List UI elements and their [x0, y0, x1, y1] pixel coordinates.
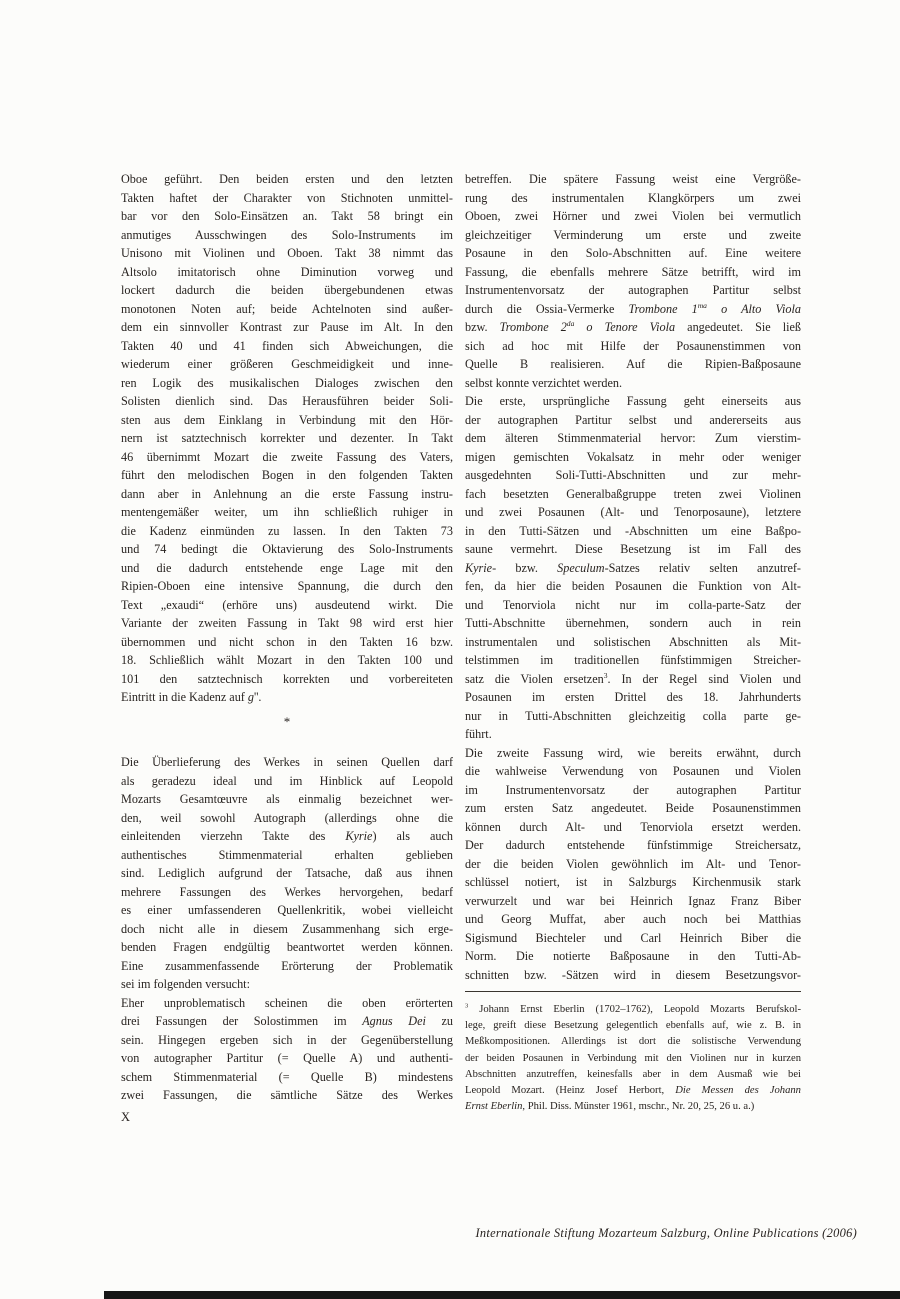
text-line: Text „exaudi“ (erhöre uns) ausdeutend wi… [121, 596, 453, 615]
text-line: Fassung, die ebenfalls mehrere Sätze bet… [465, 263, 801, 282]
text-line: wiederum einer größeren Geschmeidigkeit … [121, 355, 453, 374]
text-line: zwei Fassungen, die sämtliche Sätze des … [121, 1086, 453, 1105]
paragraph: Oboe geführt. Den beiden ersten und den … [121, 170, 453, 707]
text-line: Posaune in den Solo-Abschnitten auf. Ein… [465, 244, 801, 263]
text-line: rung des instrumentalen Klangkörpers um … [465, 189, 801, 208]
text-line: nur in Tutti-Abschnitten gleichzeitig co… [465, 707, 801, 726]
text-line: 46 übernimmt Mozart die zweite Fassung d… [121, 448, 453, 467]
text-line: dann aber in Anlehnung an die erste Fass… [121, 485, 453, 504]
text-line: saune vermehrt. Diese Besetzung ist im F… [465, 540, 801, 559]
text-line: der beiden Posaunen in Verbindung mit de… [465, 1051, 801, 1067]
text-line: von autographer Partitur (= Quelle A) un… [121, 1049, 453, 1068]
text-line: sich ad hoc mit Hilfe der Posaunenstimme… [465, 337, 801, 356]
text-line: Oboe geführt. Den beiden ersten und den … [121, 170, 453, 189]
text-line: Unisono mit Violinen und Oboen. Takt 38 … [121, 244, 453, 263]
text-line: dem ein sinnvoller Kontrast zur Pause im… [121, 318, 453, 337]
text-line: Altsolo imitatorisch ohne Diminution vor… [121, 263, 453, 282]
text-line: und zwei Posaunen (Alt- und Tenorposaune… [465, 503, 801, 522]
text-line: Solisten dienlich sind. Das Herausführen… [121, 392, 453, 411]
text-line: einleitenden vierzehn Takte des Kyrie) a… [121, 827, 453, 846]
text-line: Kyrie- bzw. Speculum-Satzes relativ selt… [465, 559, 801, 578]
text-line: 18. Schließlich wählt Mozart in den Takt… [121, 651, 453, 670]
text-line: in den Tutti-Sätzen und -Abschnitten um … [465, 522, 801, 541]
text-line: instrumentalen und solistischen Abschnit… [465, 633, 801, 652]
text-line: verwurzelt und war bei Heinrich Ignaz Fr… [465, 892, 801, 911]
text-line: sein. Hingegen ergeben sich in der Gegen… [121, 1031, 453, 1050]
text-line: zum ersten Satz angedeutet. Beide Posaun… [465, 799, 801, 818]
text-line: mentengemäßer weiter, um ihn schließlich… [121, 503, 453, 522]
text-line: ren Logik des musikalischen Dialoges zwi… [121, 374, 453, 393]
paragraph: Eher unproblematisch scheinen die oben e… [121, 994, 453, 1105]
text-line: als geradezu ideal und im Hinblick auf L… [121, 772, 453, 791]
text-line: führt den melodischen Bogen in den folge… [121, 466, 453, 485]
text-line: können durch Alt- und Tenorviola ersetzt… [465, 818, 801, 837]
text-line: authentisches Stimmenmaterial erhalten g… [121, 846, 453, 865]
text-line: die wahlweise Verwendung von Posaunen un… [465, 762, 801, 781]
text-line: Instrumentenvorsatz der autographen Part… [465, 281, 801, 300]
section-divider: * [121, 713, 453, 732]
left-column-part-1: Oboe geführt. Den beiden ersten und den … [121, 170, 453, 707]
text-line: fen, da hier die beiden Posaunen die Fun… [465, 577, 801, 596]
text-line: Die Überlieferung des Werkes in seinen Q… [121, 753, 453, 772]
paragraph: 3 Johann Ernst Eberlin (1702–1762), Leop… [465, 1002, 801, 1115]
text-line: mehrere Fassungen des Werkes hervorgehen… [121, 883, 453, 902]
text-line: Ernst Eberlin, Phil. Diss. Münster 1961,… [465, 1099, 801, 1115]
text-line: Meßkompositionen. Allerdings ist dort di… [465, 1034, 801, 1050]
text-line: Variante der zweiten Fassung in Takt 98 … [121, 614, 453, 633]
text-line: und Georg Muffat, aber auch noch bei Mat… [465, 910, 801, 929]
text-line: selbst konnte verzichtet werden. [465, 374, 801, 393]
text-line: bzw. Trombone 2da o Tenore Viola angedeu… [465, 318, 801, 337]
text-line: 101 den satztechnisch korrekten und vorb… [121, 670, 453, 689]
text-line: sei im folgenden versucht: [121, 975, 453, 994]
text-line: dem älteren Stimmenmaterial hervor: Zum … [465, 429, 801, 448]
text-line: Oboen, zwei Hörner und zwei Violen bei v… [465, 207, 801, 226]
text-line: doch nicht alle in diesem Zusammenhang s… [121, 920, 453, 939]
text-line: im Instrumentenvorsatz der autographen P… [465, 781, 801, 800]
text-line: den, weil sowohl Autograph (allerdings o… [121, 809, 453, 828]
text-line: migen gemischten Vokalsatz in mehr oder … [465, 448, 801, 467]
text-line: Eine zusammenfassende Erörterung der Pro… [121, 957, 453, 976]
text-line: ausgedehnten Soli-Tutti-Abschnitten und … [465, 466, 801, 485]
document-page: { "colors":{ "background":"#fcfcfa", "te… [0, 0, 900, 1299]
text-line: Tutti-Abschnitte übernehmen, sondern auc… [465, 614, 801, 633]
text-line: gleichzeitiger Verminderung um erste und… [465, 226, 801, 245]
text-line: Leopold Mozart. (Heinz Josef Herbort, Di… [465, 1083, 801, 1099]
text-line: Sigismund Biechteler und Carl Heinrich B… [465, 929, 801, 948]
text-line: Takten haftet der Charakter von Stichnot… [121, 189, 453, 208]
text-line: und Tenorviola nicht nur im colla-parte-… [465, 596, 801, 615]
text-line: drei Fassungen der Solostimmen im Agnus … [121, 1012, 453, 1031]
text-line: Quelle B realisieren. Auf die Ripien-Baß… [465, 355, 801, 374]
text-line: Posaunen im ersten Drittel des 18. Jahrh… [465, 688, 801, 707]
text-line: schnitten bzw. -Sätzen wird in diesem Be… [465, 966, 801, 985]
text-line: der die beiden Violen gewöhnlich im Alt-… [465, 855, 801, 874]
text-line: der autographen Partitur selbst und ande… [465, 411, 801, 430]
footnote: 3 Johann Ernst Eberlin (1702–1762), Leop… [465, 1002, 801, 1115]
bottom-bar [104, 1291, 900, 1299]
text-line: bar vor den Solo-Einsätzen an. Takt 58 b… [121, 207, 453, 226]
text-line: Eintritt in die Kadenz auf g''. [121, 688, 453, 707]
paragraph: Die erste, ursprüngliche Fassung geht ei… [465, 392, 801, 744]
right-column: betreffen. Die spätere Fassung weist ein… [465, 170, 801, 1115]
text-line: Die erste, ursprüngliche Fassung geht ei… [465, 392, 801, 411]
text-line: nern ist satztechnisch korrekter und dez… [121, 429, 453, 448]
text-line: lege, greift diese Besetzung gelegentlic… [465, 1018, 801, 1034]
footnote-rule [465, 991, 801, 992]
text-line: satz die Violen ersetzen3. In der Regel … [465, 670, 801, 689]
text-line: monotonen Noten auf; beide Achtelnoten s… [121, 300, 453, 319]
paragraph: betreffen. Die spätere Fassung weist ein… [465, 170, 801, 392]
paragraph: Die zweite Fassung wird, wie bereits erw… [465, 744, 801, 985]
left-column: Oboe geführt. Den beiden ersten und den … [121, 170, 453, 1105]
text-line: schlüssel notiert, ist in Salzburgs Kirc… [465, 873, 801, 892]
text-line: telstimmen im traditionellen fünfstimmig… [465, 651, 801, 670]
text-line: benden Fragen endgültig beantwortet werd… [121, 938, 453, 957]
text-line: sind. Lediglich aufgrund der Tatsache, d… [121, 864, 453, 883]
text-line: Mozarts Gesamtœuvre als einmalig bezeich… [121, 790, 453, 809]
text-line: Die zweite Fassung wird, wie bereits erw… [465, 744, 801, 763]
text-line: sten aus dem Einklang in Verbindung mit … [121, 411, 453, 430]
right-column-body: betreffen. Die spätere Fassung weist ein… [465, 170, 801, 984]
text-line: Der dadurch entstehende fünfstimmige Str… [465, 836, 801, 855]
text-line: fach besetzten Generalbaßgruppe treten z… [465, 485, 801, 504]
text-line: Norm. Die notierte Baßposaune in den Tut… [465, 947, 801, 966]
text-line: schem Stimmenmaterial (= Quelle B) minde… [121, 1068, 453, 1087]
paragraph: Die Überlieferung des Werkes in seinen Q… [121, 753, 453, 994]
text-line: es einer umfassenderen Quellenkritik, wo… [121, 901, 453, 920]
text-line: Abschnitten anzutreffen, keinesfalls abe… [465, 1067, 801, 1083]
text-line: anmutiges Ausschwingen des Solo-Instrume… [121, 226, 453, 245]
text-line: Takten 40 und 41 finden sich Abweichunge… [121, 337, 453, 356]
text-line: 3 Johann Ernst Eberlin (1702–1762), Leop… [465, 1002, 801, 1018]
text-line: Eher unproblematisch scheinen die oben e… [121, 994, 453, 1013]
text-line: und die dadurch entstehende enge Lage mi… [121, 559, 453, 578]
footer-credit: Internationale Stiftung Mozarteum Salzbu… [475, 1226, 857, 1241]
text-line: Ripien-Oboen eine intensive Spannung, di… [121, 577, 453, 596]
text-line: und 74 bedingt die Oktavierung des Solo-… [121, 540, 453, 559]
text-line: führt. [465, 725, 801, 744]
text-line: betreffen. Die spätere Fassung weist ein… [465, 170, 801, 189]
page-number: X [121, 1110, 130, 1125]
text-line: die Kadenz einmünden zu lassen. In den T… [121, 522, 453, 541]
left-column-part-2: Die Überlieferung des Werkes in seinen Q… [121, 753, 453, 1105]
text-line: übernommen und nicht schon in den Takten… [121, 633, 453, 652]
text-line: durch die Ossia-Vermerke Trombone 1ma o … [465, 300, 801, 319]
text-line: lockert dadurch die beiden übergebundene… [121, 281, 453, 300]
